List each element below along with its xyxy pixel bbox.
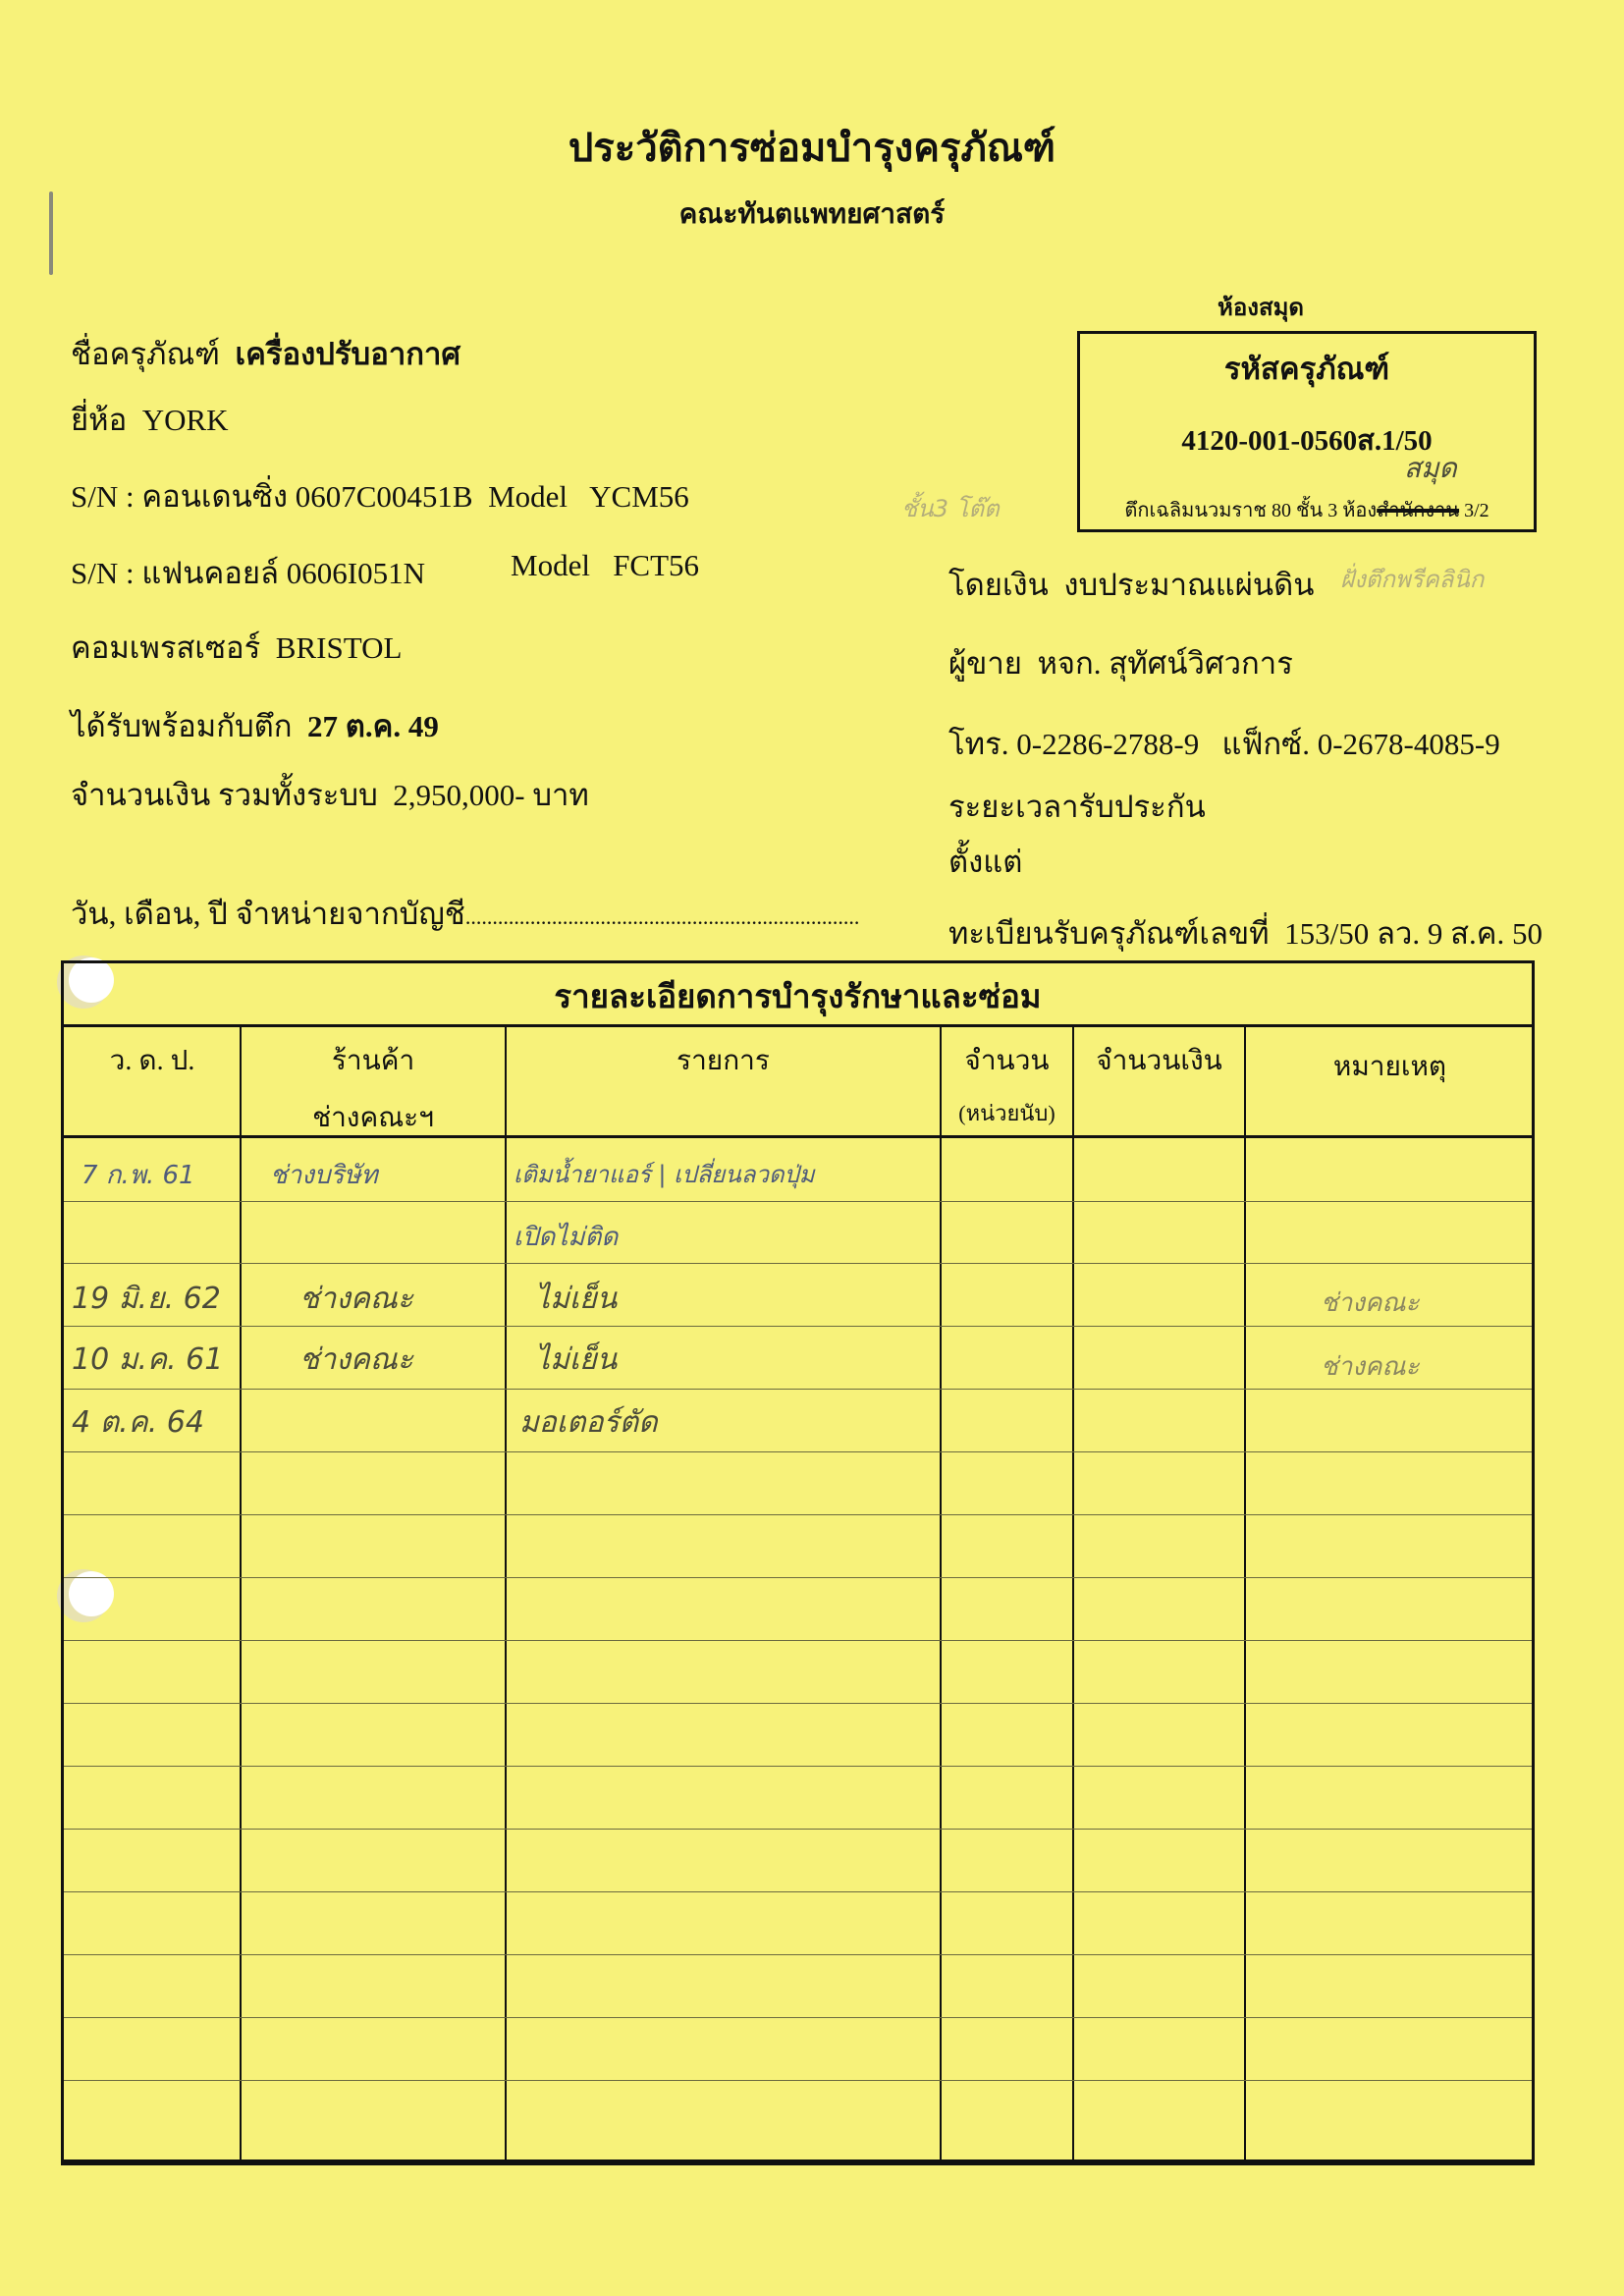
model-fancoil-row: Model FCT56 <box>511 548 699 583</box>
serial-condensing-row: S/N : คอนเดนซิ่ง 0607C00451B Model YCM56 <box>71 471 689 520</box>
row-2-item: เปิดไม่ติด <box>514 1217 618 1257</box>
column-header-shop: ร้านค้า ช่างคณะฯ <box>241 1027 506 1135</box>
serial-fancoil-row: S/N : แฟนคอยล์ 0606I051N <box>71 548 425 597</box>
row-3-item: ไม่เย็น <box>535 1276 617 1322</box>
location-suffix: 3/2 <box>1459 500 1489 521</box>
disposal-label: วัน, เดือน, ปี จำหน่ายจากบัญชี <box>71 897 465 931</box>
registry-label: ทะเบียนรับครุภัณฑ์เลขที่ <box>948 916 1270 951</box>
warranty-from-label: ตั้งแต่ <box>948 837 1022 886</box>
model-condensing-label: Model <box>488 479 568 514</box>
row-3-shop: ช่างคณะ <box>299 1276 413 1322</box>
column-divider <box>240 1027 242 2159</box>
column-divider <box>505 1027 507 2159</box>
row-line <box>64 1703 1532 1704</box>
handwritten-correction: สมุด <box>1404 447 1457 490</box>
serial-fancoil-label: S/N : แฟนคอยล์ <box>71 556 279 590</box>
column-header-quantity: จำนวน (หน่วยนับ) <box>941 1027 1073 1135</box>
location-struck: สำนักงาน <box>1377 500 1459 521</box>
location-above-code: ห้องสมุด <box>1218 288 1304 326</box>
document-subtitle: คณะทันตแพทยศาสตร์ <box>0 192 1624 236</box>
column-header-amount: จำนวนเงิน <box>1073 1027 1245 1135</box>
row-line <box>64 1451 1532 1452</box>
row-line <box>64 1954 1532 1955</box>
funding-row: โดยเงิน งบประมาณแผ่นดิน <box>948 560 1314 609</box>
seller-label: ผู้ขาย <box>948 646 1022 681</box>
row-3-date: 19 มิ.ย. 62 <box>72 1276 221 1322</box>
column-header-note: หมายเหตุ <box>1245 1027 1535 1135</box>
row-5-date: 4 ต.ค. 64 <box>72 1399 204 1446</box>
row-line <box>64 1829 1532 1830</box>
column-divider <box>1244 1027 1246 2159</box>
row-line <box>64 2017 1532 2018</box>
serial-condensing-value: 0607C00451B <box>296 479 473 514</box>
seller-value: หจก. สุทัศน์วิศวการ <box>1037 646 1292 681</box>
header-divider <box>64 1135 1532 1138</box>
equipment-name-value: เครื่องปรับอากาศ <box>235 337 460 371</box>
compressor-row: คอมเพรสเซอร์ BRISTOL <box>71 623 402 672</box>
seller-row: ผู้ขาย หจก. สุทัศน์วิศวการ <box>948 638 1293 687</box>
row-line <box>64 1577 1532 1578</box>
row-line <box>64 1514 1532 1515</box>
contact-row: โทร. 0-2286-2788-9 แฟ็กซ์. 0-2678-4085-9 <box>948 719 1500 768</box>
disposal-value: ........................................… <box>465 904 860 929</box>
funding-value: งบประมาณแผ่นดิน <box>1063 568 1314 602</box>
fax-label: แฟ็กซ์. <box>1221 727 1310 761</box>
margin-note-floor: ชั้น3 โต๊ต <box>901 489 1000 527</box>
disposal-row: วัน, เดือน, ปี จำหน่ายจากบัญชี..........… <box>71 889 859 938</box>
maintenance-log-table: รายละเอียดการบำรุงรักษาและซ่อม ว. ด. ป. … <box>61 960 1535 2165</box>
location-line: ตึกเฉลิมนวมราช 80 ชั้น 3 ห้องสำนักงาน 3/… <box>1080 494 1534 525</box>
column-header-item: รายการ <box>506 1027 941 1135</box>
equipment-code: 4120-001-0560ส.1/50 <box>1080 417 1534 463</box>
equipment-code-box: รหัสครุภัณฑ์ 4120-001-0560ส.1/50 สมุด ตึ… <box>1077 331 1537 532</box>
row-1-date: 7 ก.พ. 61 <box>81 1155 195 1195</box>
brand-label: ยี่ห้อ <box>71 403 127 437</box>
equipment-name-row: ชื่อครุภัณฑ์ เครื่องปรับอากาศ <box>71 329 460 378</box>
brand-row: ยี่ห้อ YORK <box>71 395 229 444</box>
row-line <box>64 1326 1532 1327</box>
row-3-note: ช่างคณะ <box>1321 1283 1419 1323</box>
row-4-item: ไม่เย็น <box>535 1337 617 1383</box>
table-title: รายละเอียดการบำรุงรักษาและซ่อม <box>64 963 1532 1027</box>
model-condensing-value: YCM56 <box>589 479 689 514</box>
location-prefix: ตึกเฉลิมนวมราช 80 ชั้น 3 ห้อง <box>1124 500 1377 521</box>
row-line <box>64 1263 1532 1264</box>
row-line <box>64 1766 1532 1767</box>
amount-value: 2,950,000- บาท <box>393 778 589 812</box>
row-1-shop: ช่างบริษัท <box>270 1155 378 1195</box>
registry-value: 153/50 ลว. 9 ส.ค. 50 <box>1284 916 1543 951</box>
row-1-item: เติมน้ำยาแอร์ | เปลี่ยนลวดปุ่ม <box>514 1155 815 1193</box>
row-4-shop: ช่างคณะ <box>299 1337 413 1383</box>
warranty-label: ระยะเวลารับประกัน <box>948 782 1206 831</box>
row-line <box>64 2080 1532 2081</box>
received-label: ได้รับพร้อมกับตึก <box>71 709 293 743</box>
funding-label: โดยเงิน <box>948 568 1049 602</box>
equipment-name-label: ชื่อครุภัณฑ์ <box>71 337 220 371</box>
document-title: ประวัติการซ่อมบำรุงครุภัณฑ์ <box>0 116 1624 179</box>
fax-value: 0-2678-4085-9 <box>1318 727 1500 761</box>
brand-value: YORK <box>142 403 229 437</box>
row-line <box>64 1389 1532 1390</box>
margin-note-funding: ฝั่งตึกพรีคลินิก <box>1340 560 1484 598</box>
received-value: 27 ต.ค. 49 <box>307 709 439 743</box>
compressor-label: คอมเพรสเซอร์ <box>71 630 260 665</box>
model-fancoil-label: Model <box>511 548 590 582</box>
row-5-item: มอเตอร์ตัด <box>519 1399 658 1446</box>
row-line <box>64 1891 1532 1892</box>
row-line <box>64 1201 1532 1202</box>
amount-label: จำนวนเงิน รวมทั้งระบบ <box>71 778 378 812</box>
row-4-date: 10 ม.ค. 61 <box>72 1337 223 1383</box>
registry-row: ทะเบียนรับครุภัณฑ์เลขที่ 153/50 ลว. 9 ส.… <box>948 908 1543 957</box>
code-heading: รหัสครุภัณฑ์ <box>1080 344 1534 393</box>
amount-row: จำนวนเงิน รวมทั้งระบบ 2,950,000- บาท <box>71 770 589 819</box>
column-divider <box>1072 1027 1074 2159</box>
serial-fancoil-value: 0606I051N <box>287 556 425 590</box>
phone-value: 0-2286-2788-9 <box>1016 727 1199 761</box>
received-row: ได้รับพร้อมกับตึก 27 ต.ค. 49 <box>71 701 439 750</box>
row-4-note: ช่างคณะ <box>1321 1346 1419 1387</box>
serial-condensing-label: S/N : คอนเดนซิ่ง <box>71 479 288 514</box>
model-fancoil-value: FCT56 <box>613 548 699 582</box>
compressor-value: BRISTOL <box>276 630 403 665</box>
column-header-date: ว. ด. ป. <box>64 1027 241 1135</box>
column-divider <box>940 1027 942 2159</box>
phone-label: โทร. <box>948 727 1009 761</box>
row-line <box>64 1640 1532 1641</box>
